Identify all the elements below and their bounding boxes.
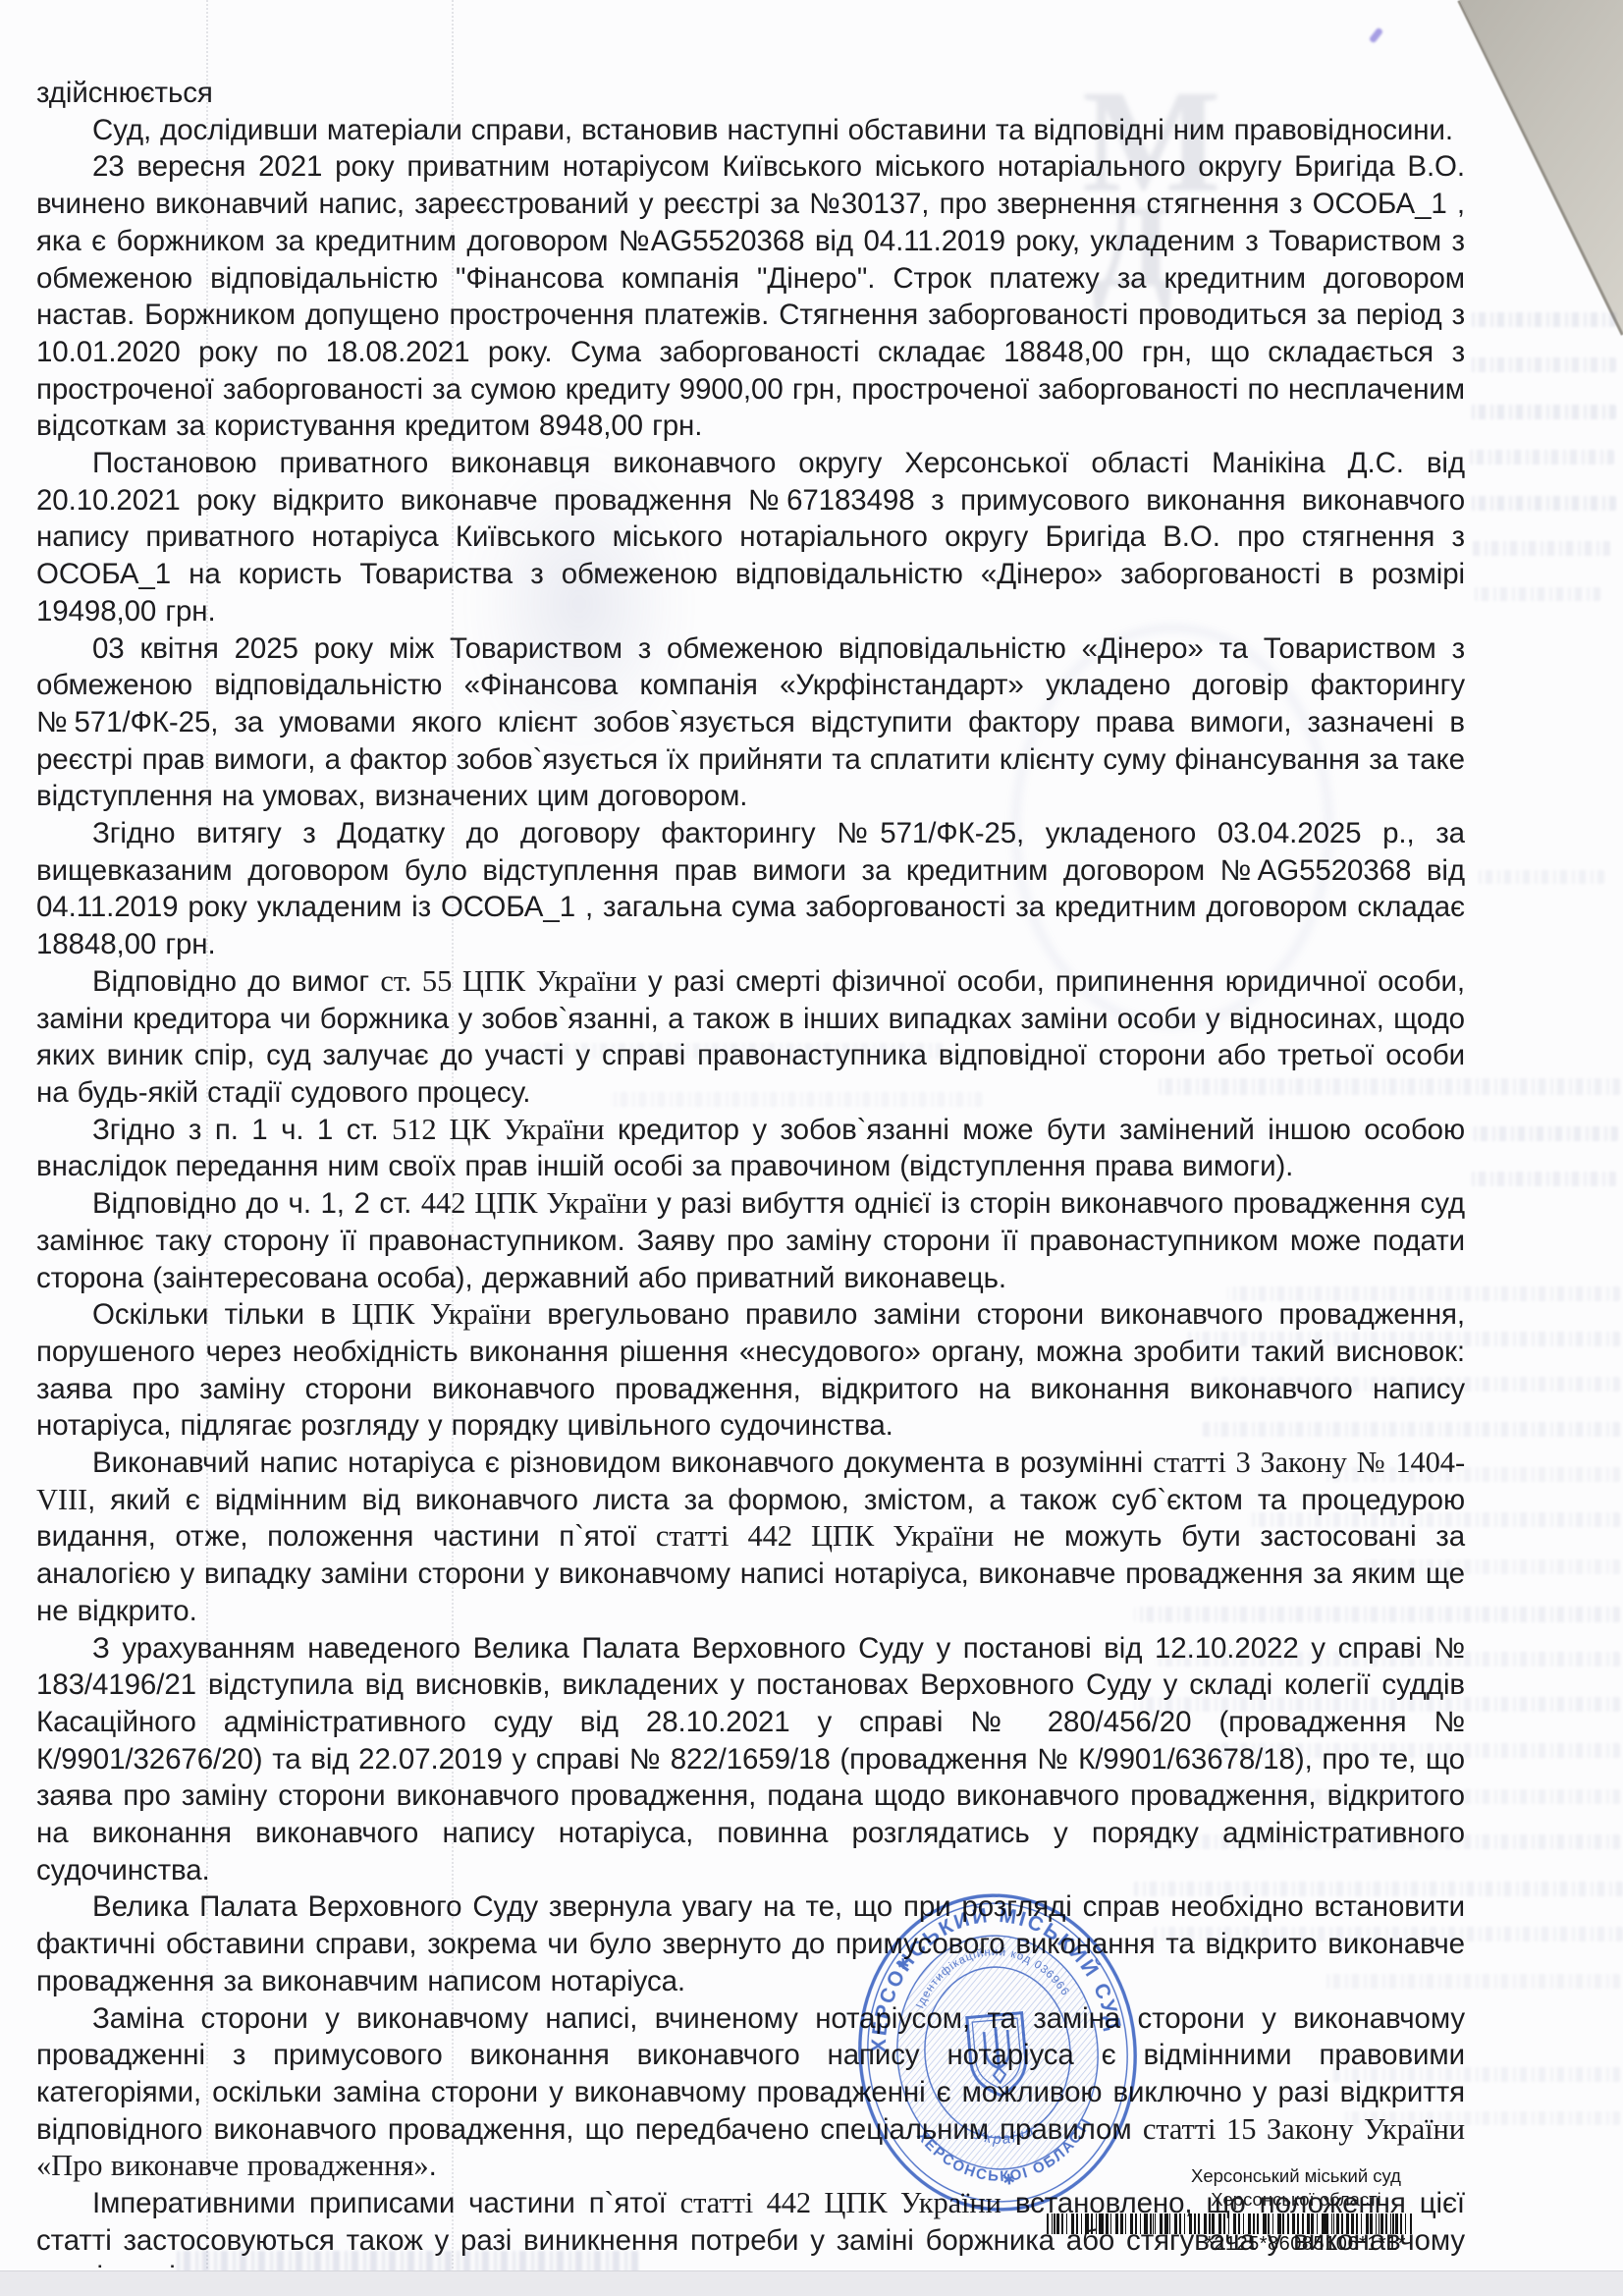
statute-reference: ст. 55 ЦПК України [380, 964, 636, 998]
paragraph: 23 вересня 2021 року приватним нотаріусо… [36, 148, 1465, 445]
paragraph: Заміна сторони у виконавчому написі, вчи… [36, 2000, 1465, 2186]
statute-reference: 512 ЦК України [392, 1113, 604, 1146]
paragraph: Велика Палата Верховного Суду звернула у… [36, 1888, 1465, 1999]
paragraph: Відповідно до вимог ст. 55 ЦПК України у… [36, 963, 1465, 1112]
bleedthrough-artifact [1469, 450, 1614, 465]
barcode-text: *2125*86085106*1*1* [1129, 2233, 1483, 2256]
text-run: Згідно з п. 1 ч. 1 ст. [92, 1114, 392, 1146]
bleedthrough-artifact [1469, 405, 1616, 419]
bleedthrough-artifact [1469, 312, 1616, 327]
seal-separator-star: ✱ [896, 1955, 910, 1973]
text-run: Згідно витягу з Додатку до договору факт… [36, 817, 1465, 960]
text-run: 03 квітня 2025 року між Товариством з об… [36, 632, 1465, 813]
document-body: здійснюєтьсяСуд, дослідивши матеріали сп… [36, 75, 1465, 2296]
paragraph: Згідно з п. 1 ч. 1 ст. 512 ЦК України кр… [36, 1112, 1465, 1185]
court-name-line2: Херсонської області [1113, 2188, 1479, 2212]
seal-separator-star: ✱ [1002, 2171, 1016, 2189]
scan-bottom-strip [0, 2270, 1623, 2296]
barcode [1047, 2214, 1412, 2234]
bleedthrough-artifact [1477, 870, 1604, 884]
paragraph: Згідно витягу з Додатку до договору факт… [36, 815, 1465, 963]
bleedthrough-artifact [1469, 1126, 1618, 1141]
text-run: Відповідно до ч. 1, 2 ст. [92, 1187, 421, 1220]
court-name-line1: Херсонський міський суд [1113, 2164, 1479, 2188]
bleedthrough-artifact [1473, 541, 1610, 556]
ink-mark [1369, 27, 1383, 44]
court-footer: Херсонський міський суд Херсонської обла… [1113, 2164, 1479, 2211]
paragraph: Відповідно до ч. 1, 2 ст. 442 ЦПК Україн… [36, 1185, 1465, 1296]
text-run: Постановою приватного виконавця виконавч… [36, 447, 1465, 628]
statute-reference: 442 ЦПК України [421, 1186, 648, 1220]
paragraph: 03 квітня 2025 року між Товариством з об… [36, 630, 1465, 816]
statute-reference: статті 442 ЦПК України [656, 1519, 994, 1553]
text-run: З урахуванням наведеного Велика Палата В… [36, 1632, 1465, 1886]
court-seal-stamp: ХЕРСОНСЬКИЙ МІСЬКИЙ СУД ХЕРСОНСЬКОЇ ОБЛА… [840, 1879, 1155, 2226]
bleedthrough-artifact [1469, 496, 1616, 511]
text-run: Виконавчий напис нотаріуса є різновидом … [92, 1447, 1153, 1479]
paragraph: Постановою приватного виконавця виконавч… [36, 445, 1465, 630]
text-run: Велика Палата Верховного Суду звернула у… [36, 1890, 1465, 1996]
paragraph: Суд, дослідивши матеріали справи, встано… [36, 112, 1465, 149]
text-run: Імперативними приписами частини п`ятої [92, 2187, 680, 2219]
text-run: Суд, дослідивши матеріали справи, встано… [92, 114, 1453, 146]
bleedthrough-artifact [1469, 357, 1616, 372]
paragraph: здійснюється [36, 75, 1465, 112]
text-run: . [429, 2150, 437, 2182]
text-run: здійснюється [36, 77, 213, 109]
scanned-page: М Д здійснюєтьсяСуд, дослідивши матеріал… [0, 0, 1623, 2296]
bleedthrough-artifact [1473, 587, 1600, 601]
paragraph: З урахуванням наведеного Велика Палата В… [36, 1630, 1465, 1889]
text-run: 23 вересня 2021 року приватним нотаріусо… [36, 150, 1465, 442]
paragraph: Виконавчий напис нотаріуса є різновидом … [36, 1445, 1465, 1630]
text-run: Оскільки тільки в [92, 1298, 352, 1331]
text-run: Відповідно до вимог [92, 965, 380, 998]
statute-reference: ЦПК України [352, 1297, 531, 1331]
bleedthrough-artifact [1469, 1172, 1616, 1186]
paragraph: Оскільки тільки в ЦПК України врегульова… [36, 1296, 1465, 1445]
